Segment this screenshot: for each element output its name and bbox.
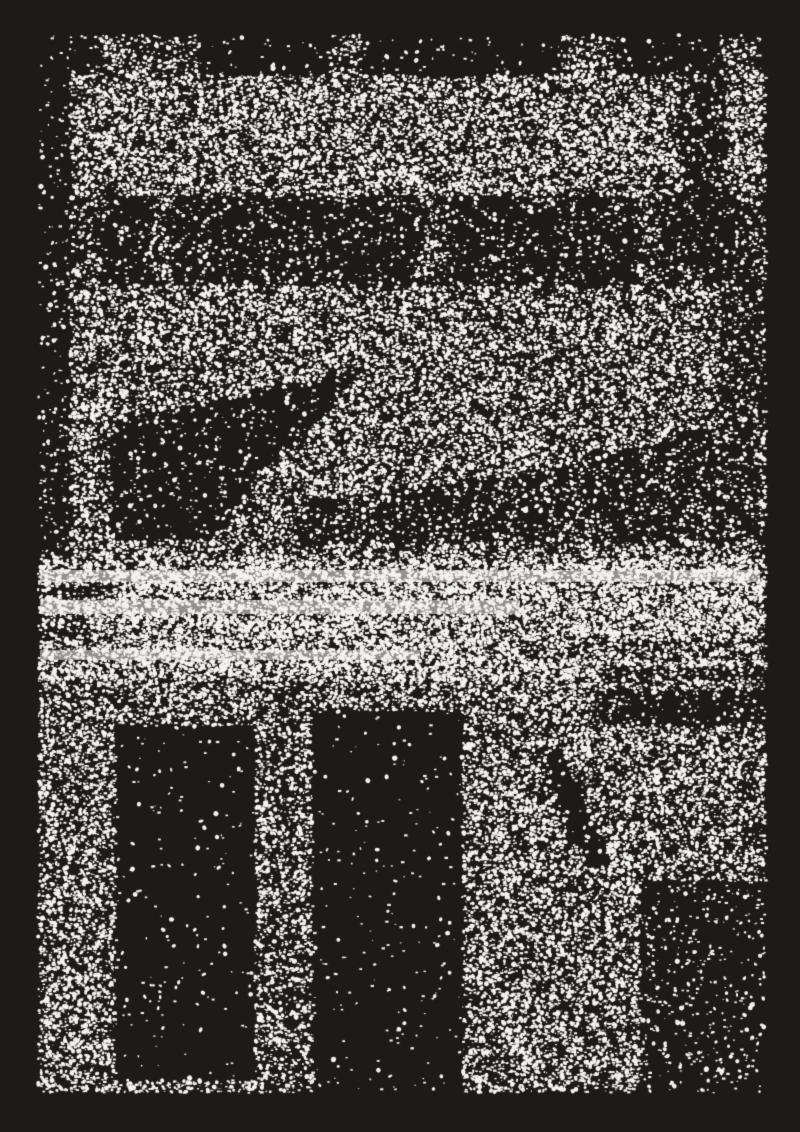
stipple-artwork [0,0,800,1132]
stipple-image-canvas [0,0,800,1132]
